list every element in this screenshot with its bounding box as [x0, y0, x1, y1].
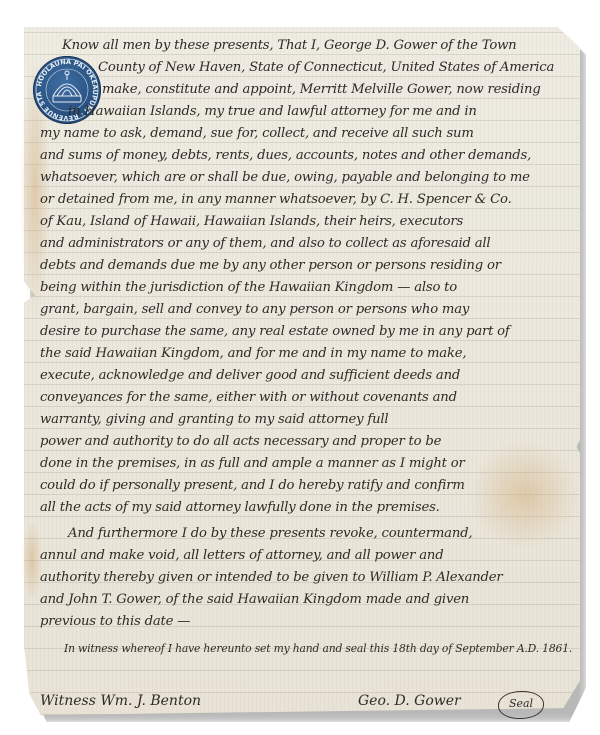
text-line: whatsoever, which are or shall be due, o… [40, 168, 530, 190]
text-line: all the acts of my said attorney lawfull… [40, 498, 440, 520]
text-line: and sums of money, debts, rents, dues, a… [40, 146, 531, 168]
text-line: warranty, giving and granting to my said… [40, 410, 388, 432]
text-line: execute, acknowledge and deliver good an… [40, 366, 460, 388]
text-line: the said Hawaiian Kingdom, and for me an… [40, 344, 466, 366]
text-line: In witness whereof I have hereunto set m… [64, 638, 572, 660]
text-line: Know all men by these presents, That I, … [62, 36, 516, 58]
text-line: annul and make void, all letters of atto… [40, 546, 443, 568]
text-line: make, constitute and appoint, Merritt Me… [102, 80, 541, 102]
text-line: County of New Haven, State of Connecticu… [98, 58, 554, 80]
text-line: and John T. Gower, of the said Hawaiian … [40, 590, 469, 612]
text-line: desire to purchase the same, any real es… [40, 322, 510, 344]
grantor-signature: Geo. D. Gower [358, 693, 461, 709]
text-line: authority thereby given or intended to b… [40, 568, 503, 590]
signature-row: Witness Wm. J. Benton Geo. D. Gower Seal [40, 693, 580, 719]
text-line: conveyances for the same, either with or… [40, 388, 457, 410]
text-line: being within the jurisdiction of the Haw… [40, 278, 457, 300]
text-line: of Kau, Island of Hawaii, Hawaiian Islan… [40, 212, 463, 234]
text-line: power and authority to do all acts neces… [40, 432, 441, 454]
witness-signature: Witness Wm. J. Benton [40, 693, 201, 709]
text-line: previous to this date — [40, 612, 190, 634]
text-line: my name to ask, demand, sue for, collect… [40, 124, 474, 146]
text-line: grant, bargain, sell and convey to any p… [40, 300, 469, 322]
text-line: done in the premises, in as full and amp… [40, 454, 465, 476]
text-line: could do if personally present, and I do… [40, 476, 465, 498]
text-line: or detained from me, in any manner whats… [40, 190, 512, 212]
seal-mark: Seal [498, 691, 544, 719]
paper-stain [470, 440, 580, 550]
text-line: debts and demands due me by any other pe… [40, 256, 501, 278]
text-line: and administrators or any of them, and a… [40, 234, 490, 256]
paper-stain [22, 520, 42, 600]
text-line: in Hawaiian Islands, my true and lawful … [68, 102, 477, 124]
text-line: And furthermore I do by these presents r… [68, 524, 472, 546]
